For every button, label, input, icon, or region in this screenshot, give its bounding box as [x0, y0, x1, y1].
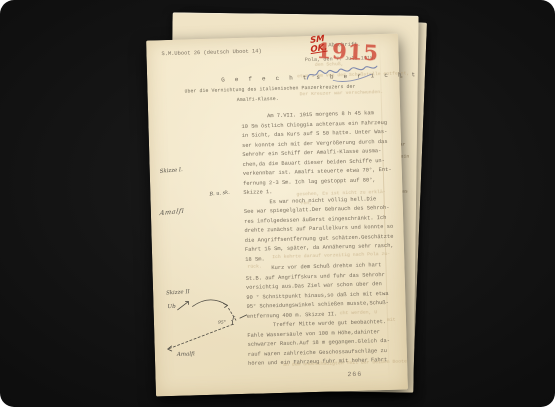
margin-note-shorthand: B. u. sk. — [209, 190, 230, 198]
diagram-label-ub: Ub — [167, 304, 176, 310]
bleedthrough-line: Der Kreuzer war verschwunden. — [300, 90, 384, 97]
attack-diagram: Ub { 95° Amalfi — [155, 292, 269, 359]
document-sheet: den Schuß,etwa 1 Sm von der Schußstelle … — [146, 34, 408, 397]
typed-header: S.M.Uboot 26 (deutsch Uboot 14) — [161, 48, 261, 57]
photo-backdrop: =areindass den Schuß,etwa 1 Sm von der S… — [0, 0, 555, 407]
red-initials-line2: OK. — [310, 43, 327, 54]
margin-note-skizze-1: Skizze I. — [160, 167, 184, 175]
blue-pencil-signature — [305, 62, 380, 86]
backsheet-text-fragment: ein — [401, 154, 410, 159]
report-subtitle-class: Amalfi-Klasse. — [237, 96, 279, 103]
page-number: 266 — [347, 371, 362, 378]
diagram-angle-brace: { — [230, 316, 236, 326]
red-initials-handwriting: SM OK. — [310, 34, 328, 54]
diagram-label-angle: 95° — [218, 319, 226, 325]
margin-note-amalfi: Amalfi — [159, 207, 185, 217]
diagram-label-amalfi: Amalfi — [176, 351, 195, 358]
